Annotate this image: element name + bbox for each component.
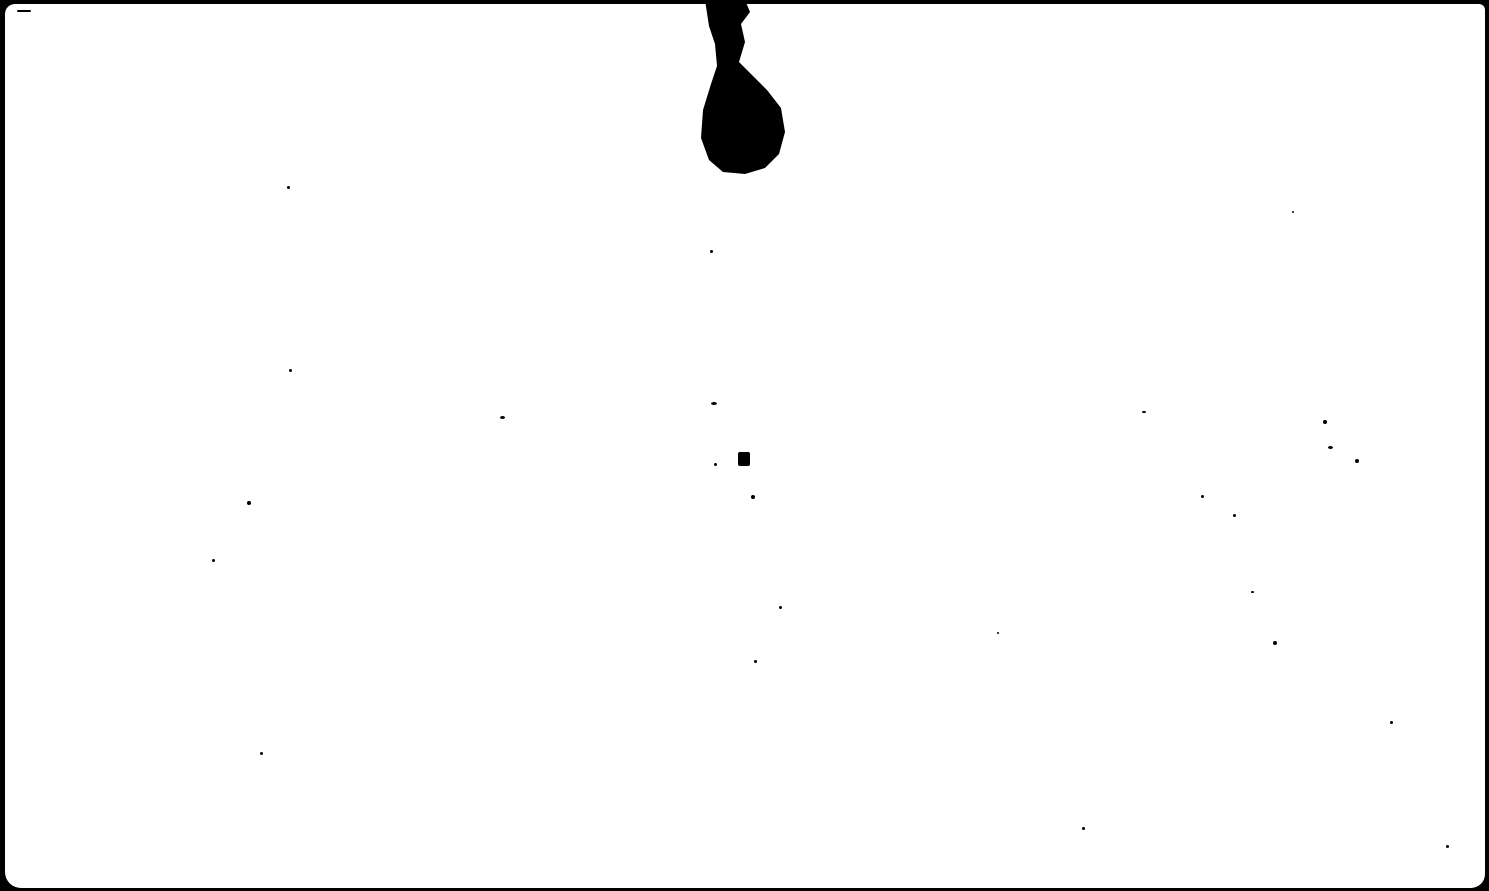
- speck: [289, 369, 292, 372]
- speck: [287, 186, 290, 189]
- speck: [997, 632, 999, 634]
- speck: [1323, 420, 1327, 424]
- speck: [1355, 459, 1359, 463]
- speck: [751, 495, 755, 499]
- speck: [754, 660, 757, 663]
- speck: [500, 416, 505, 419]
- speck: [738, 452, 750, 466]
- speck: [1273, 641, 1277, 645]
- speck: [1328, 446, 1333, 449]
- speck: [1292, 211, 1294, 213]
- ink-blot: [5, 4, 1485, 888]
- speck: [1251, 591, 1254, 593]
- speck: [1390, 721, 1393, 724]
- speck: [17, 10, 31, 12]
- speck: [212, 559, 215, 562]
- speck: [1142, 411, 1146, 413]
- speck: [711, 402, 717, 405]
- speck: [1082, 827, 1085, 830]
- speck: [247, 501, 251, 505]
- speck: [779, 606, 782, 609]
- speck: [1201, 495, 1204, 498]
- speck: [260, 752, 263, 755]
- speck: [1233, 514, 1236, 517]
- paper-card: ink blot / drip: [5, 4, 1485, 888]
- speck: [1446, 845, 1449, 848]
- speck: [710, 250, 713, 253]
- speck: [714, 463, 717, 466]
